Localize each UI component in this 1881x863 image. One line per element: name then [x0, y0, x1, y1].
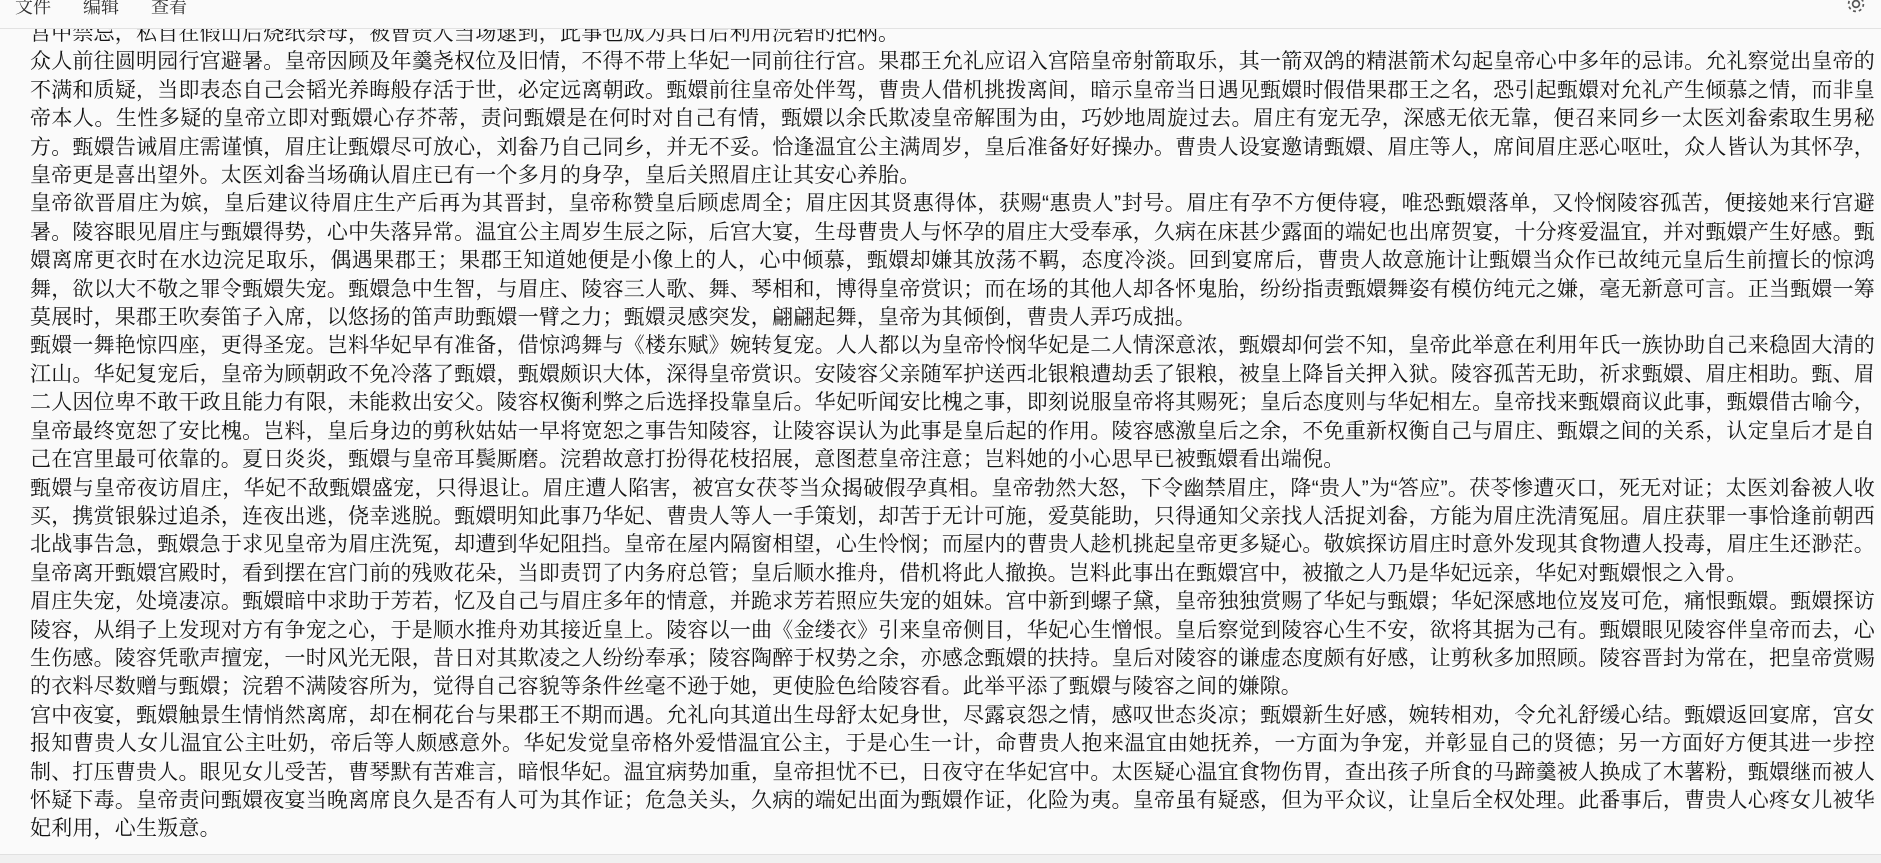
paragraph: 甄嬛一舞艳惊四座，更得圣宠。岂料华妃早有准备，借惊鸿舞与《楼东赋》婉转复宠。人人…	[30, 332, 1875, 474]
paragraph: 眉庄失宠，处境凄凉。甄嬛暗中求助于芳若，忆及自己与眉庄多年的情意，并跪求芳若照应…	[30, 588, 1875, 702]
text-editor-window: 文件 编辑 查看 宫中禁忌，私自在假山后烧纸祭母，被曹贵人当场逮到，此事也成为其…	[0, 0, 1881, 863]
settings-button[interactable]	[1845, 0, 1867, 15]
paragraph: 甄嬛与皇帝夜访眉庄，华妃不敌甄嬛盛宠，只得退让。眉庄遭人陷害，被宫女茯苓当众揭破…	[30, 475, 1875, 589]
document-text: 宫中禁忌，私自在假山后烧纸祭母，被曹贵人当场逮到，此事也成为其日后利用浣碧的把柄…	[0, 29, 1881, 844]
paragraph: 宫中禁忌，私自在假山后烧纸祭母，被曹贵人当场逮到，此事也成为其日后利用浣碧的把柄…	[30, 29, 1875, 48]
paragraph: 宫中夜宴，甄嬛触景生情悄然离席，却在桐花台与果郡王不期而遇。允礼向其道出生母舒太…	[30, 702, 1875, 844]
menu-items: 文件 编辑 查看	[15, 0, 187, 18]
window-bottom-edge	[0, 854, 1881, 863]
menu-view[interactable]: 查看	[151, 0, 187, 18]
menu-file[interactable]: 文件	[15, 0, 51, 18]
paragraph: 众人前往圆明园行宫避暑。皇帝因顾及年羹尧权位及旧情，不得不带上华妃一同前往行宫。…	[30, 48, 1875, 190]
menu-edit[interactable]: 编辑	[83, 0, 119, 18]
menu-bar: 文件 编辑 查看	[0, 0, 1881, 29]
gear-icon	[1845, 0, 1867, 15]
paragraph: 皇帝欲晋眉庄为嫔，皇后建议待眉庄生产后再为其晋封，皇帝称赞皇后顾虑周全；眉庄因其…	[30, 190, 1875, 332]
document-text-area[interactable]: 宫中禁忌，私自在假山后烧纸祭母，被曹贵人当场逮到，此事也成为其日后利用浣碧的把柄…	[0, 29, 1881, 855]
